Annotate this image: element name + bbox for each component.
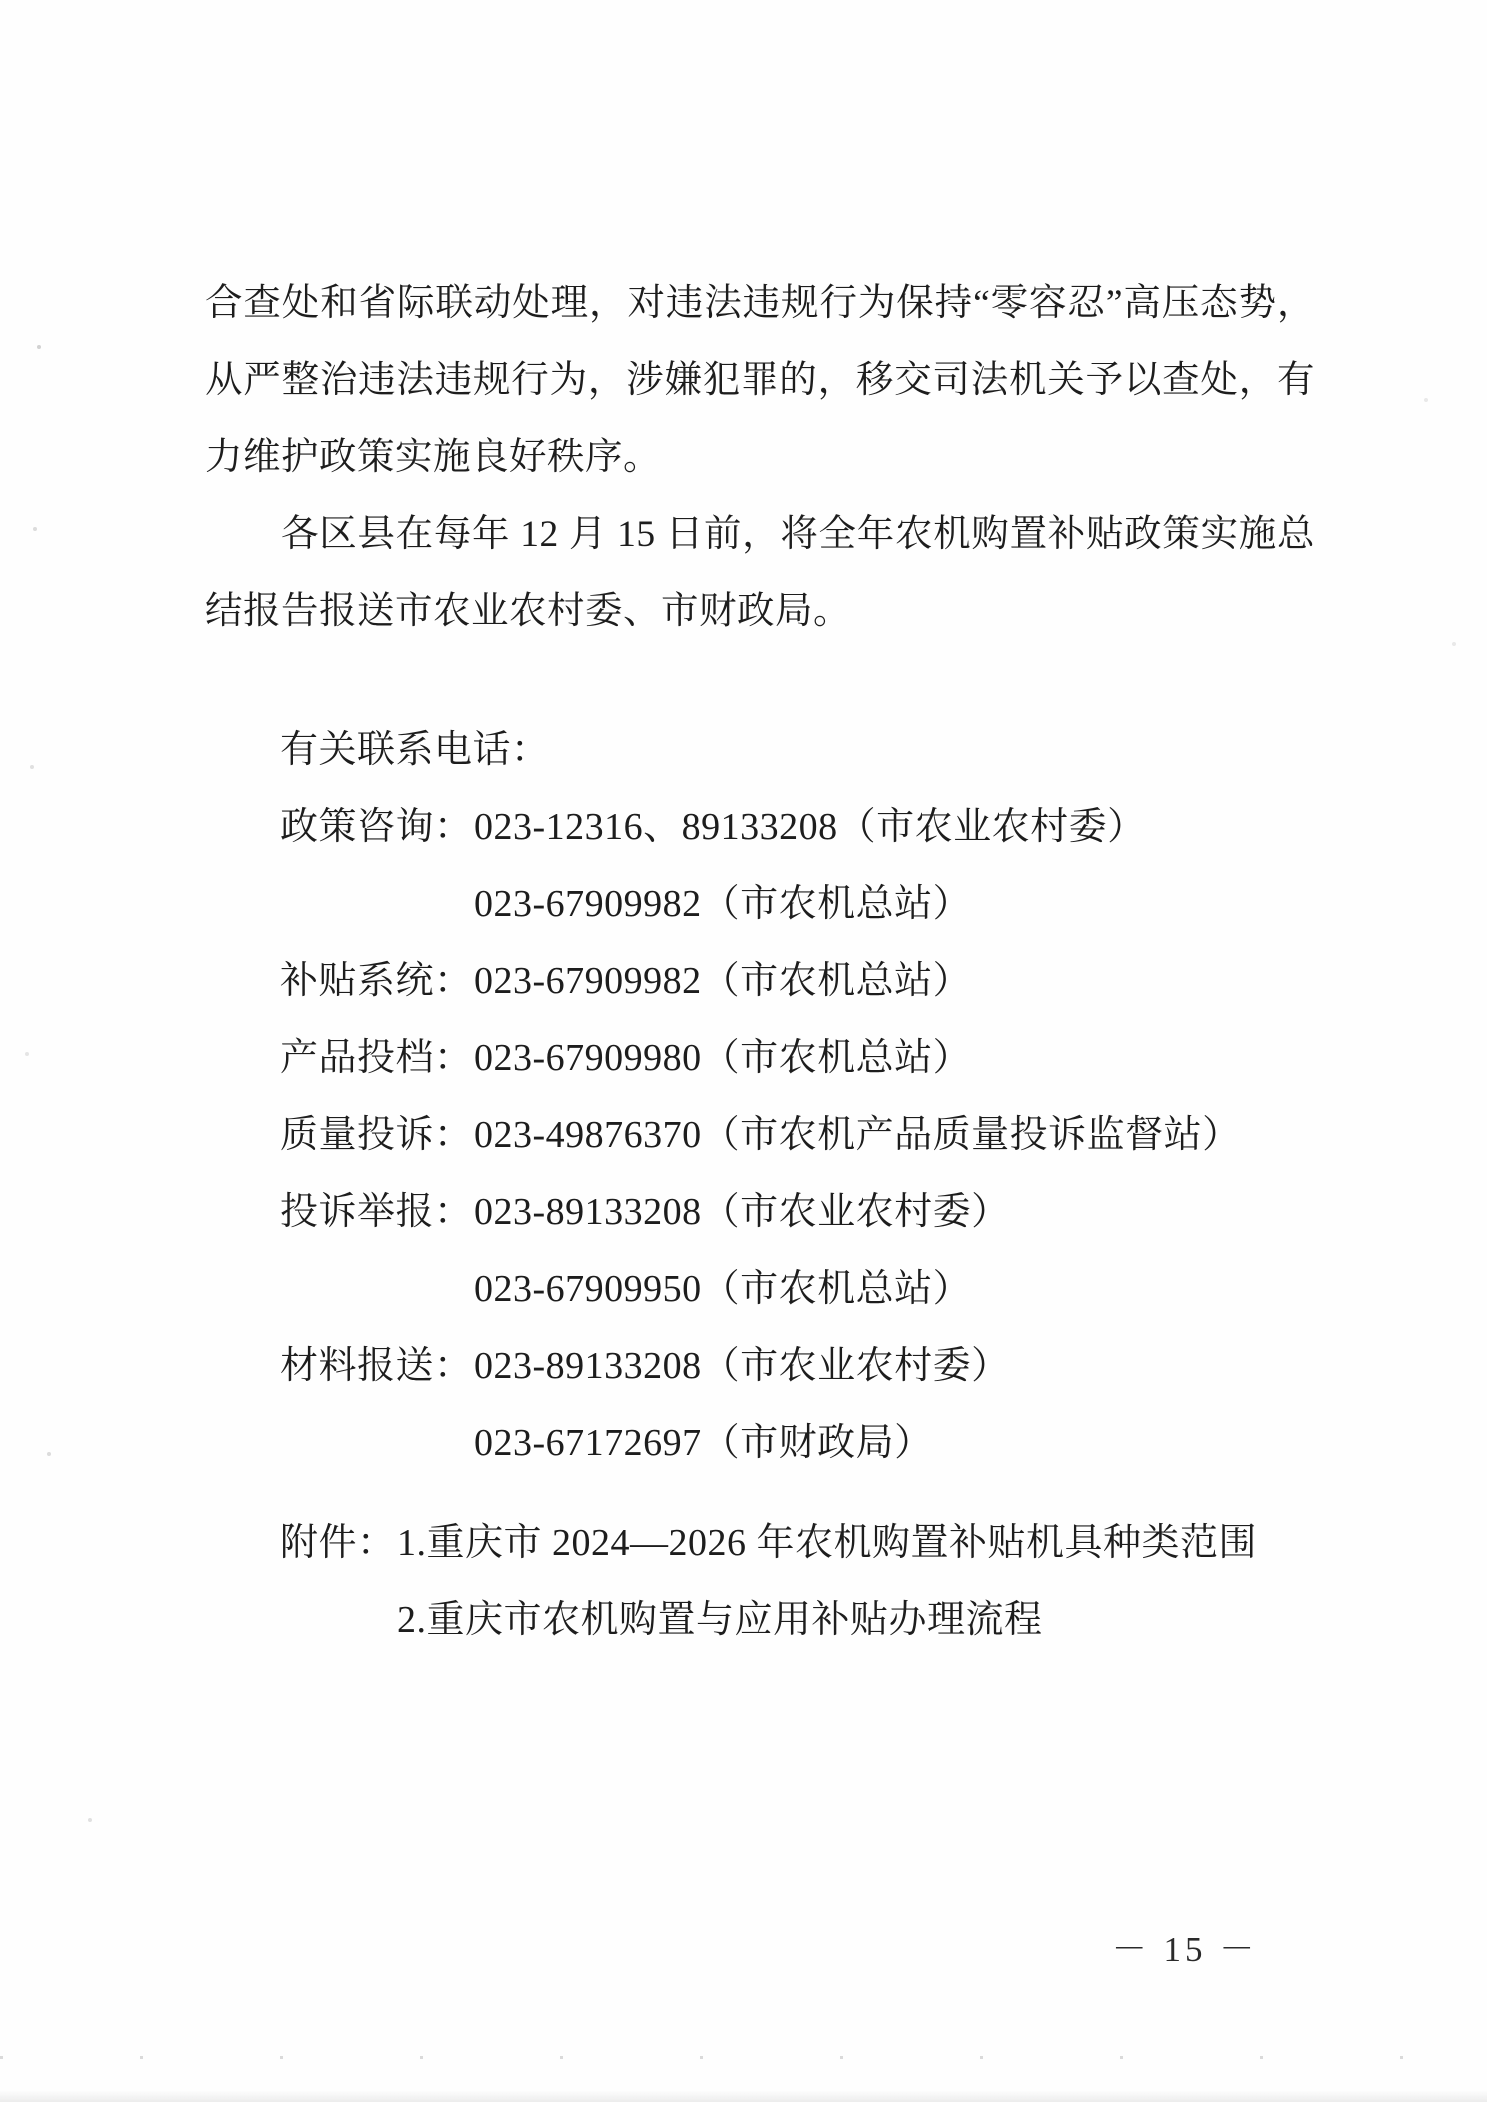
scan-artifact-line: [0, 2056, 1487, 2059]
contact-value: 023-67909950（市农机总站）: [474, 1251, 1340, 1328]
contact-row-policy-consult: 政策咨询： 023-12316、89133208（市农业农村委）: [280, 789, 1340, 866]
attachment-section: 附件： 1.重庆市 2024—2026 年农机购置补贴机具种类范围 2.重庆市农…: [280, 1505, 1257, 1659]
contact-label: 材料报送：: [280, 1328, 474, 1405]
contact-value: 023-89133208（市农业农村委）: [474, 1174, 1340, 1251]
contact-label: [280, 866, 474, 943]
body-text: 合查处和省际联动处理，对违法违规行为保持“零容忍”高压态势，从严整治违法违规行为…: [205, 265, 1315, 650]
attachment-item-2: 2.重庆市农机购置与应用补贴办理流程: [397, 1582, 1257, 1659]
attachment-list: 1.重庆市 2024—2026 年农机购置补贴机具种类范围 2.重庆市农机购置与…: [397, 1505, 1257, 1659]
contact-row-material-submission: 材料报送： 023-89133208（市农业农村委）: [280, 1328, 1340, 1405]
contact-label: [280, 1405, 474, 1482]
contact-section: 有关联系电话： 政策咨询： 023-12316、89133208（市农业农村委）…: [280, 712, 1340, 1482]
paragraph-enforcement: 合查处和省际联动处理，对违法违规行为保持“零容忍”高压态势，从严整治违法违规行为…: [205, 265, 1315, 496]
contact-value: 023-89133208（市农业农村委）: [474, 1328, 1340, 1405]
contact-row-subsidy-system: 补贴系统： 023-67909982（市农机总站）: [280, 943, 1340, 1020]
contact-label: 产品投档：: [280, 1020, 474, 1097]
contact-row-policy-consult-2: 023-67909982（市农机总站）: [280, 866, 1340, 943]
contact-value: 023-67909980（市农机总站）: [474, 1020, 1340, 1097]
contact-heading: 有关联系电话：: [280, 712, 1340, 789]
document-page: 合查处和省际联动处理，对违法违规行为保持“零容忍”高压态势，从严整治违法违规行为…: [0, 0, 1487, 2102]
contact-row-quality-complaint: 质量投诉： 023-49876370（市农机产品质量投诉监督站）: [280, 1097, 1340, 1174]
scan-speck: [37, 345, 41, 349]
contact-label: 补贴系统：: [280, 943, 474, 1020]
contact-label: 质量投诉：: [280, 1097, 474, 1174]
contact-value: 023-67909982（市农机总站）: [474, 943, 1340, 1020]
contact-label: 政策咨询：: [280, 789, 474, 866]
contact-row-material-submission-2: 023-67172697（市财政局）: [280, 1405, 1340, 1482]
contact-label: [280, 1251, 474, 1328]
contact-label: 投诉举报：: [280, 1174, 474, 1251]
paragraph-annual-report: 各区县在每年 12 月 15 日前，将全年农机购置补贴政策实施总结报告报送市农业…: [205, 496, 1315, 650]
contact-value: 023-67909982（市农机总站）: [474, 866, 1340, 943]
attachments-label: 附件：: [280, 1505, 397, 1659]
contact-row-report-tipoff-2: 023-67909950（市农机总站）: [280, 1251, 1340, 1328]
contact-value: 023-49876370（市农机产品质量投诉监督站）: [474, 1097, 1340, 1174]
scan-edge-shadow: [0, 2090, 1487, 2102]
contact-value: 023-12316、89133208（市农业农村委）: [474, 789, 1340, 866]
contact-row-report-tipoff: 投诉举报： 023-89133208（市农业农村委）: [280, 1174, 1340, 1251]
attachment-item-1: 1.重庆市 2024—2026 年农机购置补贴机具种类范围: [397, 1505, 1257, 1582]
page-number: － 15 －: [1085, 1922, 1285, 1972]
contact-row-product-filing: 产品投档： 023-67909980（市农机总站）: [280, 1020, 1340, 1097]
contact-value: 023-67172697（市财政局）: [474, 1405, 1340, 1482]
